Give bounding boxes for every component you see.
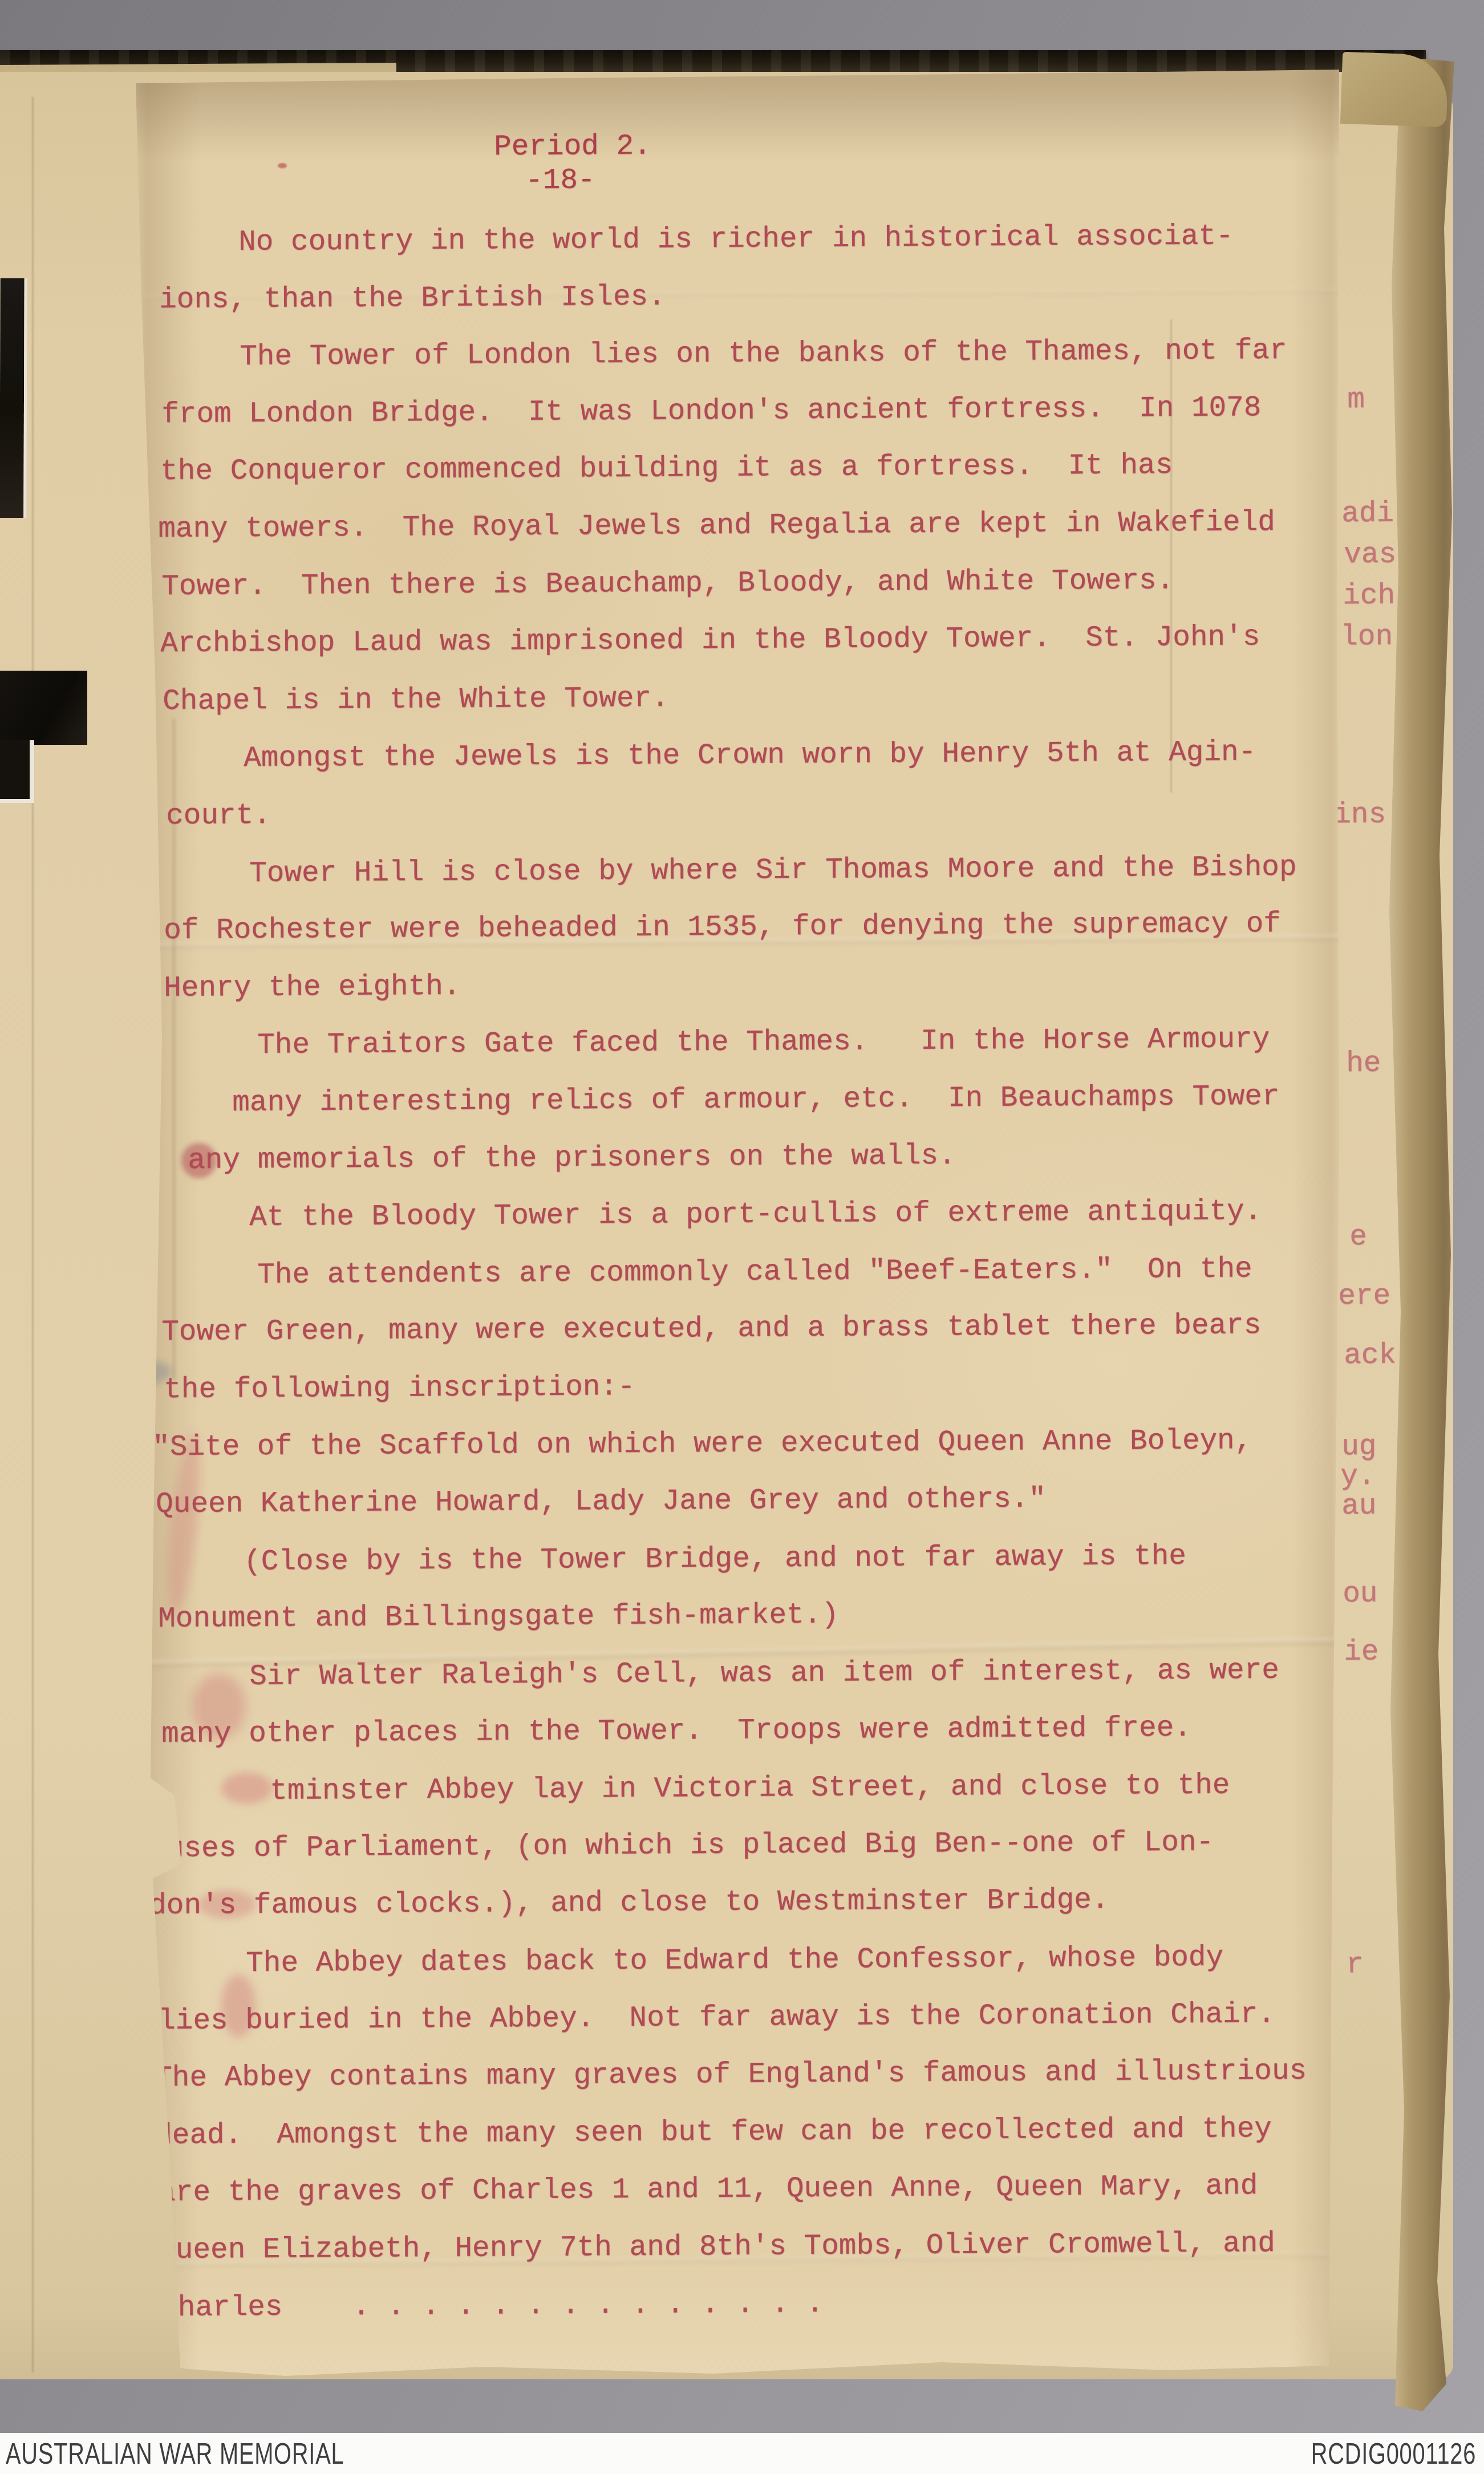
edge-text-fragment: e [1349,1223,1367,1252]
typewritten-line: from London Bridge. It was London's anci… [161,394,1261,429]
typewritten-line: Queen Katherine Howard, Lady Jane Grey a… [156,1485,1046,1519]
typewritten-line: (Close by is the Tower Bridge, and not f… [244,1542,1186,1577]
page-number: -18- [525,166,595,196]
paper-crease [1170,319,1172,793]
edge-text-fragment: vas [1344,540,1396,570]
typewritten-line: dead. Amongst the many seen but few can … [155,2115,1272,2151]
typewritten-line: the Conqueror commenced building it as a… [160,451,1173,486]
mounted-photo-corner [0,740,34,803]
typewritten-line: Amongst the Jewels is the Crown worn by … [244,738,1256,773]
edge-text-fragment: ins [1333,800,1386,830]
typewritten-line: Archbishop Laud was imprisoned in the Bl… [160,623,1260,659]
stain-mark [278,163,287,168]
mounted-photo-edge-upper [0,278,27,518]
typewritten-line: many other places in the Tower. Troops w… [161,1714,1191,1749]
typewritten-line: Tower Hill is close by where Sir Thomas … [249,853,1297,889]
mounted-photo-edge-lower [0,671,87,745]
typewritten-line: The attendents are commonly called "Beef… [257,1255,1252,1290]
edge-text-fragment: ere [1338,1281,1390,1311]
edge-text-fragment: m [1347,386,1365,415]
typewritten-line: No country in the world is richer in his… [238,222,1234,257]
typewritten-line: Sir Walter Raleigh's Cell, was an item o… [249,1656,1279,1692]
edge-text-fragment: ie [1344,1638,1379,1667]
edge-text-fragment: au [1341,1492,1377,1521]
period-heading: Period 2. [494,132,651,162]
institution-name: AUSTRALIAN WAR MEMORIAL [6,2437,344,2471]
record-reference-id: RCDIG0001126 [1311,2437,1476,2471]
typewritten-line: Henry the eighth. [164,972,461,1003]
edge-text-fragment: ich [1343,581,1395,611]
typewritten-line: Monument and Billingsgate fish-market.) [158,1601,839,1634]
typewritten-line: court. [166,801,271,831]
typewritten-line: many interesting relics of armour, etc. … [232,1082,1280,1118]
typewritten-line: Queen Elizabeth, Henry 7th and 8th's Tom… [158,2229,1275,2265]
edge-text-fragment: ack [1344,1341,1396,1370]
stain-mark [221,1773,273,1804]
typewritten-line: of Rochester were beheaded in 1535, for … [164,910,1281,946]
typewritten-line: The Abbey contains many graves of Englan… [155,2057,1307,2093]
typewritten-line: lies buried in the Abbey. Not far away i… [158,2000,1275,2036]
typewritten-line: ouses of Parliament, (on which is placed… [149,1828,1214,1864]
scan-viewer: { "page": { "colors": { "ink": "#b04a55"… [0,0,1484,2474]
viewer-footer-bar: AUSTRALIAN WAR MEMORIAL RCDIG0001126 [0,2433,1484,2474]
typewritten-line: At the Bloody Tower is a port-cullis of … [249,1197,1262,1232]
typewritten-line: the following inscription:- [164,1373,635,1405]
edge-text-fragment: lon [1340,622,1393,652]
typewritten-line: Chapel is in the White Tower. [163,684,669,716]
typewritten-line: ions, than the British Isles. [159,283,666,315]
typewritten-line: tminster Abbey lay in Victoria Street, a… [270,1771,1230,1806]
edge-text-fragment: adi [1341,499,1394,529]
edge-text-fragment: ou [1343,1580,1378,1609]
edge-text-fragment: r [1346,1950,1364,1980]
typewritten-line: Charles . . . . . . . . . . . . . . [160,2290,824,2323]
edge-text-fragment: y. [1340,1462,1376,1491]
stacked-page-edge-line [32,97,34,2372]
edge-text-fragment: he [1346,1049,1381,1078]
typewritten-line: The Traitors Gate faced the Thames. In t… [257,1025,1270,1060]
typewritten-line: "Site of the Scaffold on which were exec… [152,1426,1252,1462]
typewritten-line: don's famous clocks.), and close to West… [149,1886,1109,1921]
typewritten-line: Tower Green, many were executed, and a b… [161,1311,1261,1347]
typewritten-line: any memorials of the prisoners on the wa… [188,1142,956,1175]
typewritten-line: are the graves of Charles 1 and 11, Quee… [158,2172,1258,2208]
typewritten-line: The Tower of London lies on the banks of… [240,336,1287,372]
edge-text-fragment: ug [1341,1433,1377,1462]
typewritten-line: many towers. The Royal Jewels and Regali… [158,508,1275,544]
typewritten-line: Tower. Then there is Beauchamp, Bloody, … [161,566,1174,602]
typewritten-line: The Abbey dates back to Edward the Confe… [246,1944,1223,1978]
document-page: Period 2. -18- No country in the world i… [0,0,1484,2474]
